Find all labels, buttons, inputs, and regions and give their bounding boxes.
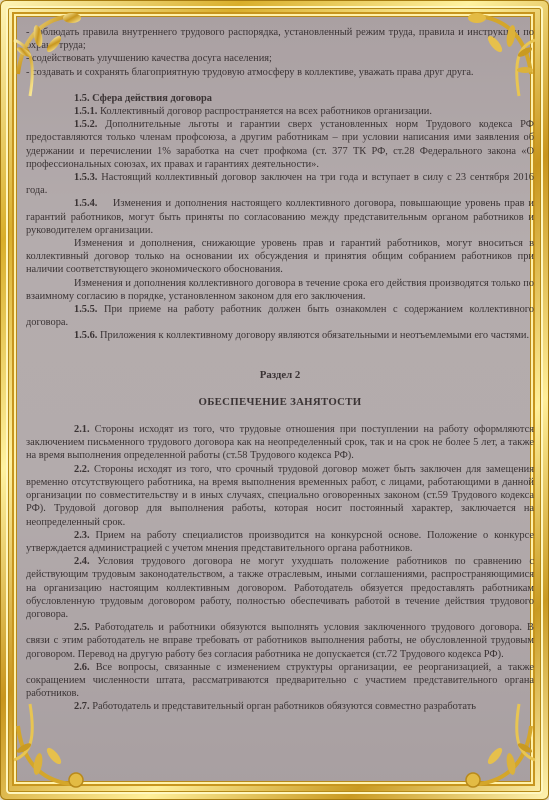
clause: 1.5.6. Приложения к коллективному догово… — [26, 329, 534, 342]
clause-number: 2.6. — [74, 662, 90, 673]
paragraph: Изменения и дополнения коллективного дог… — [26, 277, 534, 303]
clause-number: 2.5. — [74, 622, 90, 633]
clause: 1.5.2. Дополнительные льготы и гарантии … — [26, 118, 534, 171]
clause-text: Дополнительные льготы и гарантии сверх у… — [26, 119, 534, 170]
clause-number: 1.5.1. — [74, 106, 97, 117]
clause-number: 2.4. — [74, 556, 90, 567]
document-page: - соблюдать правила внутреннего трудовог… — [12, 12, 535, 786]
clause-text: Прием на работу специалистов производитс… — [26, 530, 534, 554]
gold-corner-ornament-icon — [10, 10, 100, 100]
clause: 2.4. Условия трудового договора не могут… — [26, 555, 534, 621]
clause-number: 1.5.2. — [74, 119, 97, 130]
clause: 2.3. Прием на работу специалистов произв… — [26, 529, 534, 555]
clause: 2.6. Все вопросы, связанные с изменением… — [26, 661, 534, 701]
clause: 1.5.1. Коллективный договор распространя… — [26, 105, 534, 118]
document-text: - соблюдать правила внутреннего трудовог… — [26, 26, 534, 714]
clause-text: Настоящий коллективный договор заключен … — [26, 172, 534, 196]
clause: 2.5. Работодатель и работники обязуются … — [26, 621, 534, 661]
clause-number: 2.1. — [74, 424, 90, 435]
clause-text: Приложения к коллективному договору явля… — [100, 330, 529, 341]
clause-number: 1.5.3. — [74, 172, 97, 183]
clause-text: Работодатель и представительный орган ра… — [92, 701, 476, 712]
clause: 1.5.5. При приеме на работу работник дол… — [26, 303, 534, 329]
clause-text: Стороны исходят из того, что трудовые от… — [26, 424, 534, 461]
clause-text: Стороны исходят из того, что срочный тру… — [26, 464, 534, 528]
clause-number: 1.5.6. — [74, 330, 97, 341]
gold-corner-ornament-icon — [449, 700, 539, 790]
clause: 1.5.3. Настоящий коллективный договор за… — [26, 171, 534, 197]
clause-text: Изменения и дополнения настоящего коллек… — [26, 198, 534, 235]
paragraph: Изменения и дополнения, снижающие уровен… — [26, 237, 534, 277]
section-heading: ОБЕСПЕЧЕНИЕ ЗАНЯТОСТИ — [26, 396, 534, 409]
clause: 2.1. Стороны исходят из того, что трудов… — [26, 423, 534, 463]
clause-number: 1.5.5. — [74, 304, 97, 315]
clause-text: При приеме на работу работник должен быт… — [26, 304, 534, 328]
clause-text: Условия трудового договора не могут ухуд… — [26, 556, 534, 620]
clause: 1.5.4. Изменения и дополнения настоящего… — [26, 197, 534, 237]
gold-frame: - соблюдать правила внутреннего трудовог… — [0, 0, 549, 800]
gold-corner-ornament-icon — [449, 10, 539, 100]
clause: 2.2. Стороны исходят из того, что срочны… — [26, 463, 534, 529]
clause-number: 1.5.4. — [74, 198, 97, 209]
clause-number: 2.2. — [74, 464, 90, 475]
clause-text: Коллективный договор распространяется на… — [100, 106, 432, 117]
clause-text: Работодатель и работники обязуются выпол… — [26, 622, 534, 659]
clause-number: 2.3. — [74, 530, 90, 541]
gold-corner-ornament-icon — [10, 700, 100, 790]
section-title: Раздел 2 — [26, 369, 534, 382]
clause-text: Все вопросы, связанные с изменением стру… — [26, 662, 534, 699]
